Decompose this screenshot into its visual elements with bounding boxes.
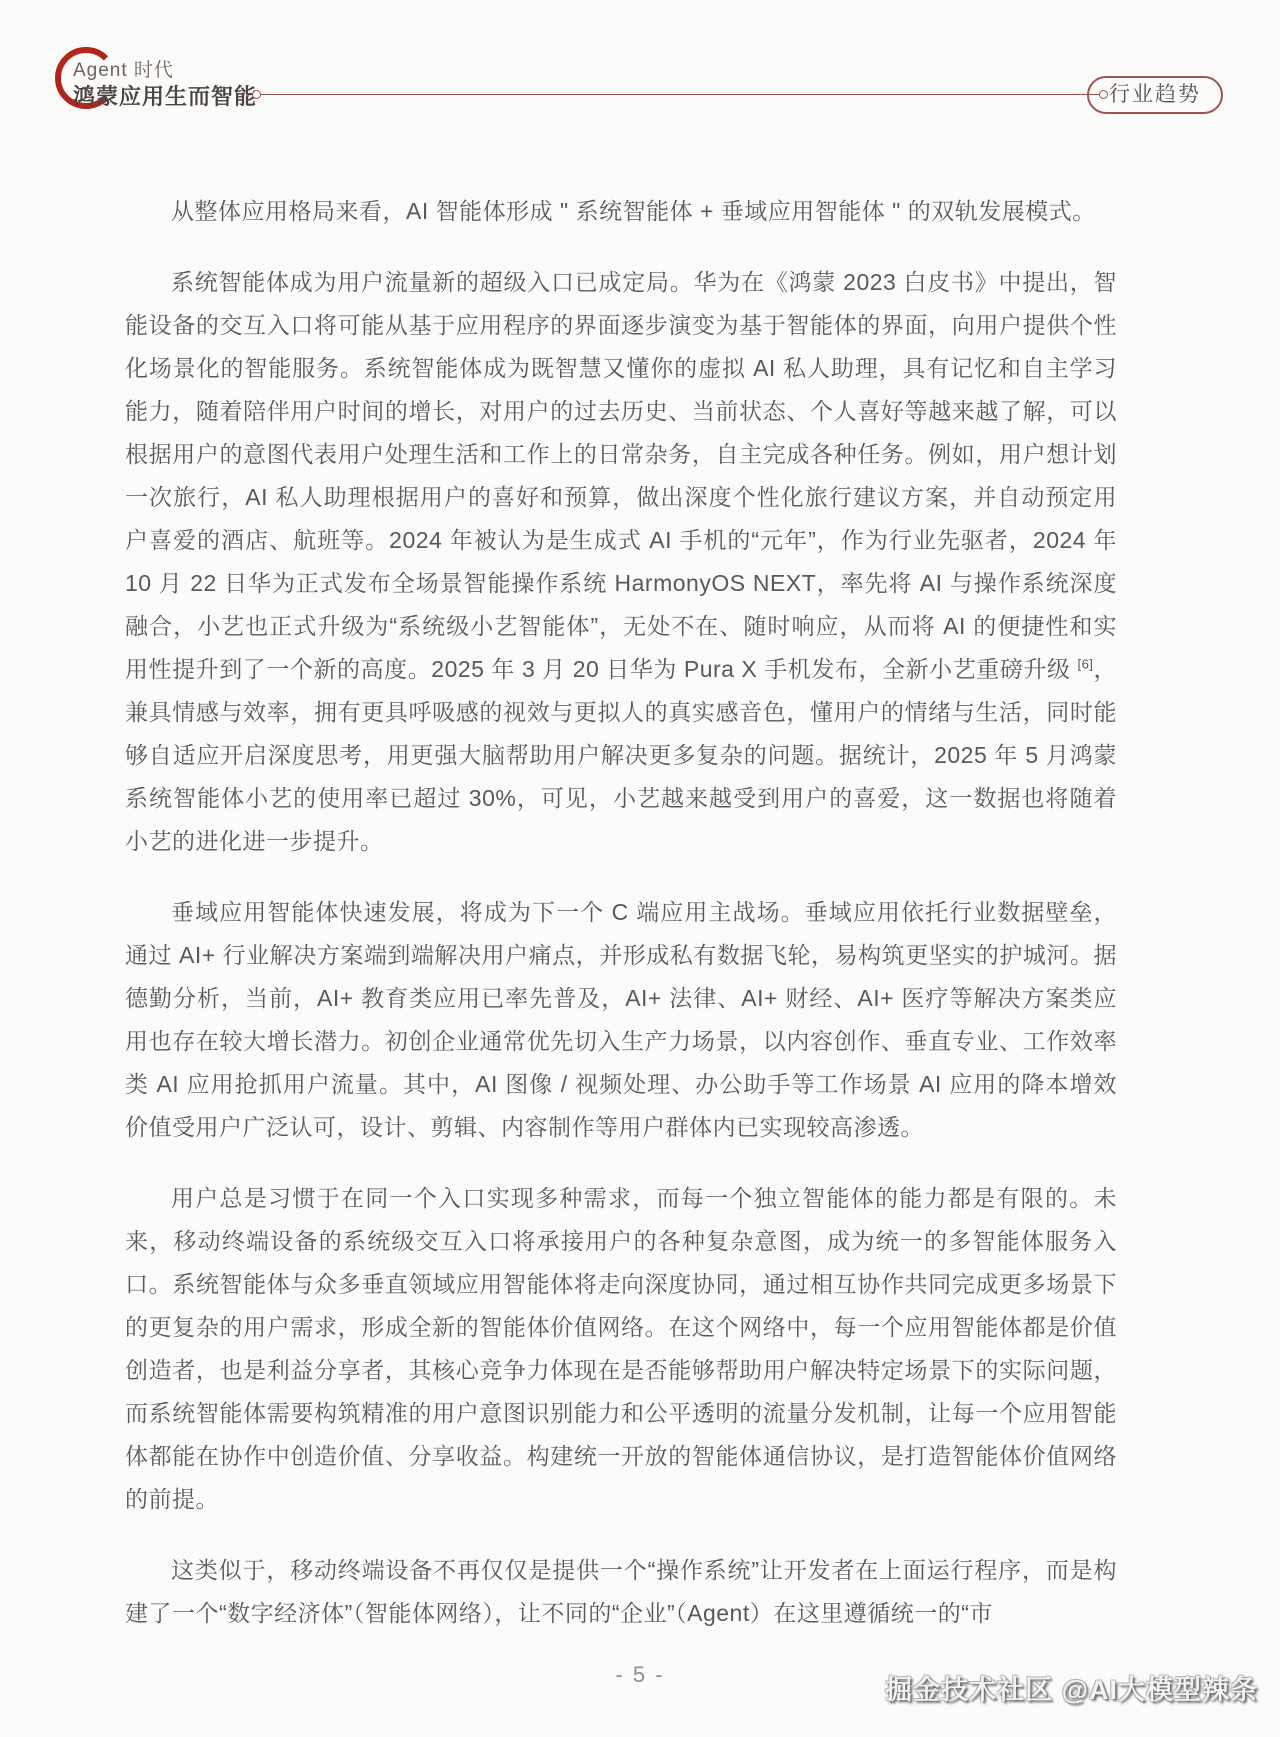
paragraph: 这类似于，移动终端设备不再仅仅是提供一个“操作系统”让开发者在上面运行程序，而是… [125,1549,1117,1635]
paragraph: 从整体应用格局来看，AI 智能体形成 " 系统智能体 + 垂域应用智能体 " 的… [125,190,1117,233]
logo-subtitle: 鸿蒙应用生而智能 [73,84,257,110]
text-run: 系统智能体成为用户流量新的超级入口已成定局。华为在《鸿蒙 2023 白皮书》中提… [125,269,1117,682]
text-run: ，兼具情感与效率，拥有更具呼吸感的视效与更拟人的真实感音色，懂用户的情绪与生活，… [125,656,1117,854]
paragraph: 用户总是习惯于在同一个入口实现多种需求，而每一个独立智能体的能力都是有限的。未来… [125,1177,1117,1521]
logo-title: Agent 时代 [73,60,257,82]
watermark: 掘金技术社区 @AI大模型辣条 [885,1668,1258,1707]
text-run: 用户总是习惯于在同一个入口实现多种需求，而每一个独立智能体的能力都是有限的。未来… [125,1185,1117,1512]
divider-dot-left [252,90,261,99]
page-header: Agent 时代 鸿蒙应用生而智能 行业趋势 [0,0,1280,150]
text-run: 从整体应用格局来看，AI 智能体形成 " 系统智能体 + 垂域应用智能体 " 的… [171,198,1096,224]
article-body: 从整体应用格局来看，AI 智能体形成 " 系统智能体 + 垂域应用智能体 " 的… [125,190,1117,1663]
paragraph: 系统智能体成为用户流量新的超级入口已成定局。华为在《鸿蒙 2023 白皮书》中提… [125,261,1117,863]
divider-line [261,94,1099,95]
text-run: 垂域应用智能体快速发展，将成为下一个 C 端应用主战场。垂域应用依托行业数据壁垒… [125,899,1117,1140]
text-run: 这类似于，移动终端设备不再仅仅是提供一个“操作系统”让开发者在上面运行程序，而是… [125,1557,1117,1626]
header-divider [252,88,1108,100]
paragraph: 垂域应用智能体快速发展，将成为下一个 C 端应用主战场。垂域应用依托行业数据壁垒… [125,891,1117,1149]
document-page: Agent 时代 鸿蒙应用生而智能 行业趋势 从整体应用格局来看，AI 智能体形… [0,0,1280,1737]
section-badge: 行业趋势 [1087,76,1223,114]
footnote-ref: [6] [1077,656,1093,671]
brand-logo: Agent 时代 鸿蒙应用生而智能 [73,60,257,110]
